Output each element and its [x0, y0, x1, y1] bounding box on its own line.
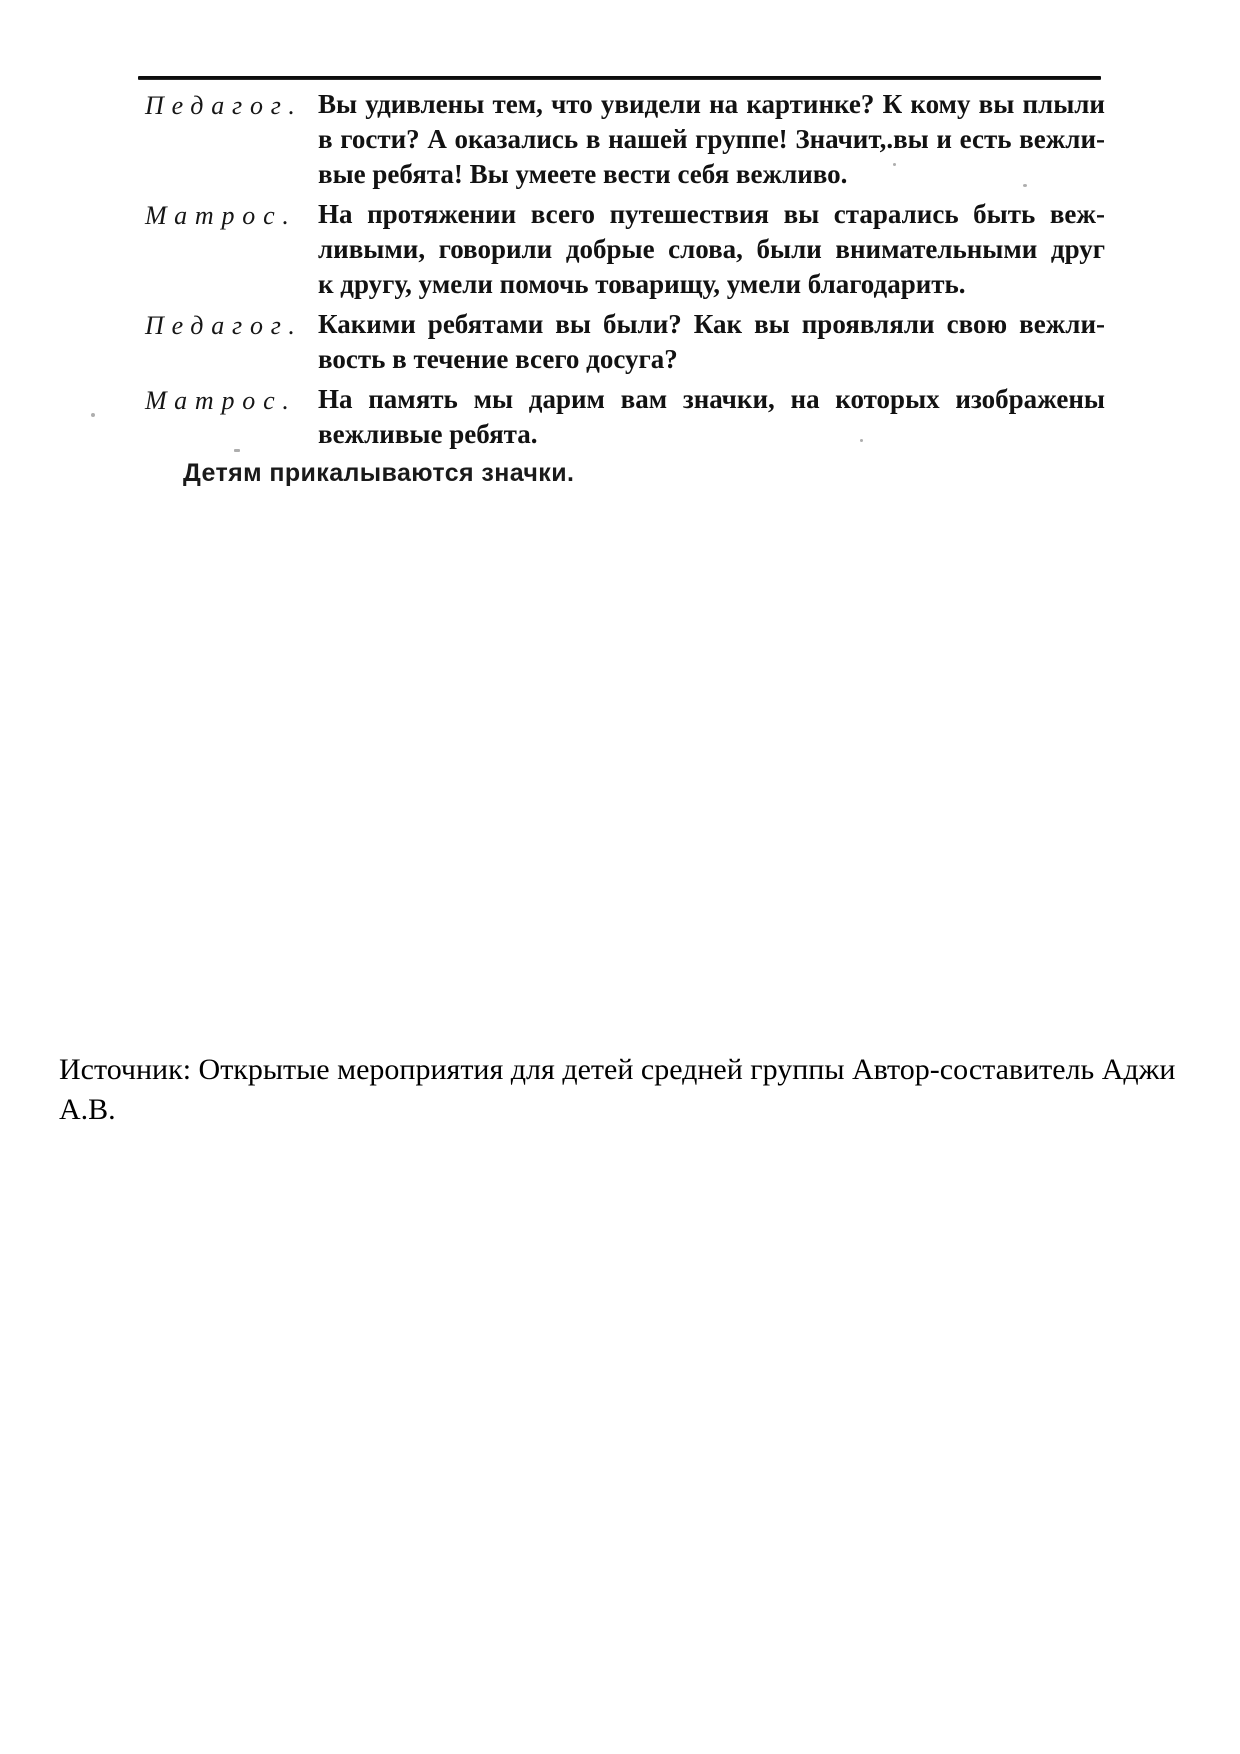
source-line: Источник: Открытые мероприятия для детей… [59, 1050, 1199, 1090]
dialogue-line: вые ребята! Вы умеете вести себя вежливо… [318, 157, 1105, 192]
scan-speck [893, 163, 896, 166]
speaker-label: Матрос. [145, 382, 318, 418]
speaker-label: Матрос. [145, 197, 318, 233]
scan-speck [234, 449, 240, 452]
dialogue-line: ливыми, говорили добрые слова, были вним… [318, 232, 1105, 267]
scanned-document-page: Педагог. Вы удивлены тем, что увидели на… [0, 0, 1240, 1754]
dialogue-text: На протяжении всего путешествия вы стара… [318, 197, 1105, 302]
dialogue-entry: Педагог. Какими ребятами вы были? Как вы… [145, 307, 1105, 377]
dialogue-line: Какими ребятами вы были? Как вы проявлял… [318, 307, 1105, 342]
dialogue-entry: Матрос. На память мы дарим вам значки, н… [145, 382, 1105, 452]
dialogue-line: вежливые ребята. [318, 417, 1105, 452]
top-rule [138, 76, 1101, 80]
source-citation: Источник: Открытые мероприятия для детей… [59, 1050, 1199, 1130]
stage-direction: Детям прикалываются значки. [183, 457, 1105, 489]
dialogue-line: в гости? А оказались в нашей группе! Зна… [318, 122, 1105, 157]
dialogue-block: Педагог. Вы удивлены тем, что увидели на… [145, 87, 1105, 489]
speaker-label: Педагог. [145, 307, 318, 343]
scan-speck [903, 249, 907, 254]
dialogue-entry: Матрос. На протяжении всего путешествия … [145, 197, 1105, 302]
scan-speck [860, 439, 863, 442]
scan-speck [91, 413, 95, 417]
dialogue-entry: Педагог. Вы удивлены тем, что увидели на… [145, 87, 1105, 192]
dialogue-line: На протяжении всего путешествия вы стара… [318, 197, 1105, 232]
dialogue-line: Вы удивлены тем, что увидели на картинке… [318, 87, 1105, 122]
source-line: А.В. [59, 1090, 1199, 1130]
dialogue-text: Вы удивлены тем, что увидели на картинке… [318, 87, 1105, 192]
dialogue-text: Какими ребятами вы были? Как вы проявлял… [318, 307, 1105, 377]
dialogue-line: к другу, умели помочь товарищу, умели бл… [318, 267, 1105, 302]
scan-speck [1023, 184, 1027, 187]
speaker-label: Педагог. [145, 87, 318, 123]
dialogue-text: На память мы дарим вам значки, на которы… [318, 382, 1105, 452]
dialogue-line: вость в течение всего досуга? [318, 342, 1105, 377]
dialogue-line: На память мы дарим вам значки, на которы… [318, 382, 1105, 417]
